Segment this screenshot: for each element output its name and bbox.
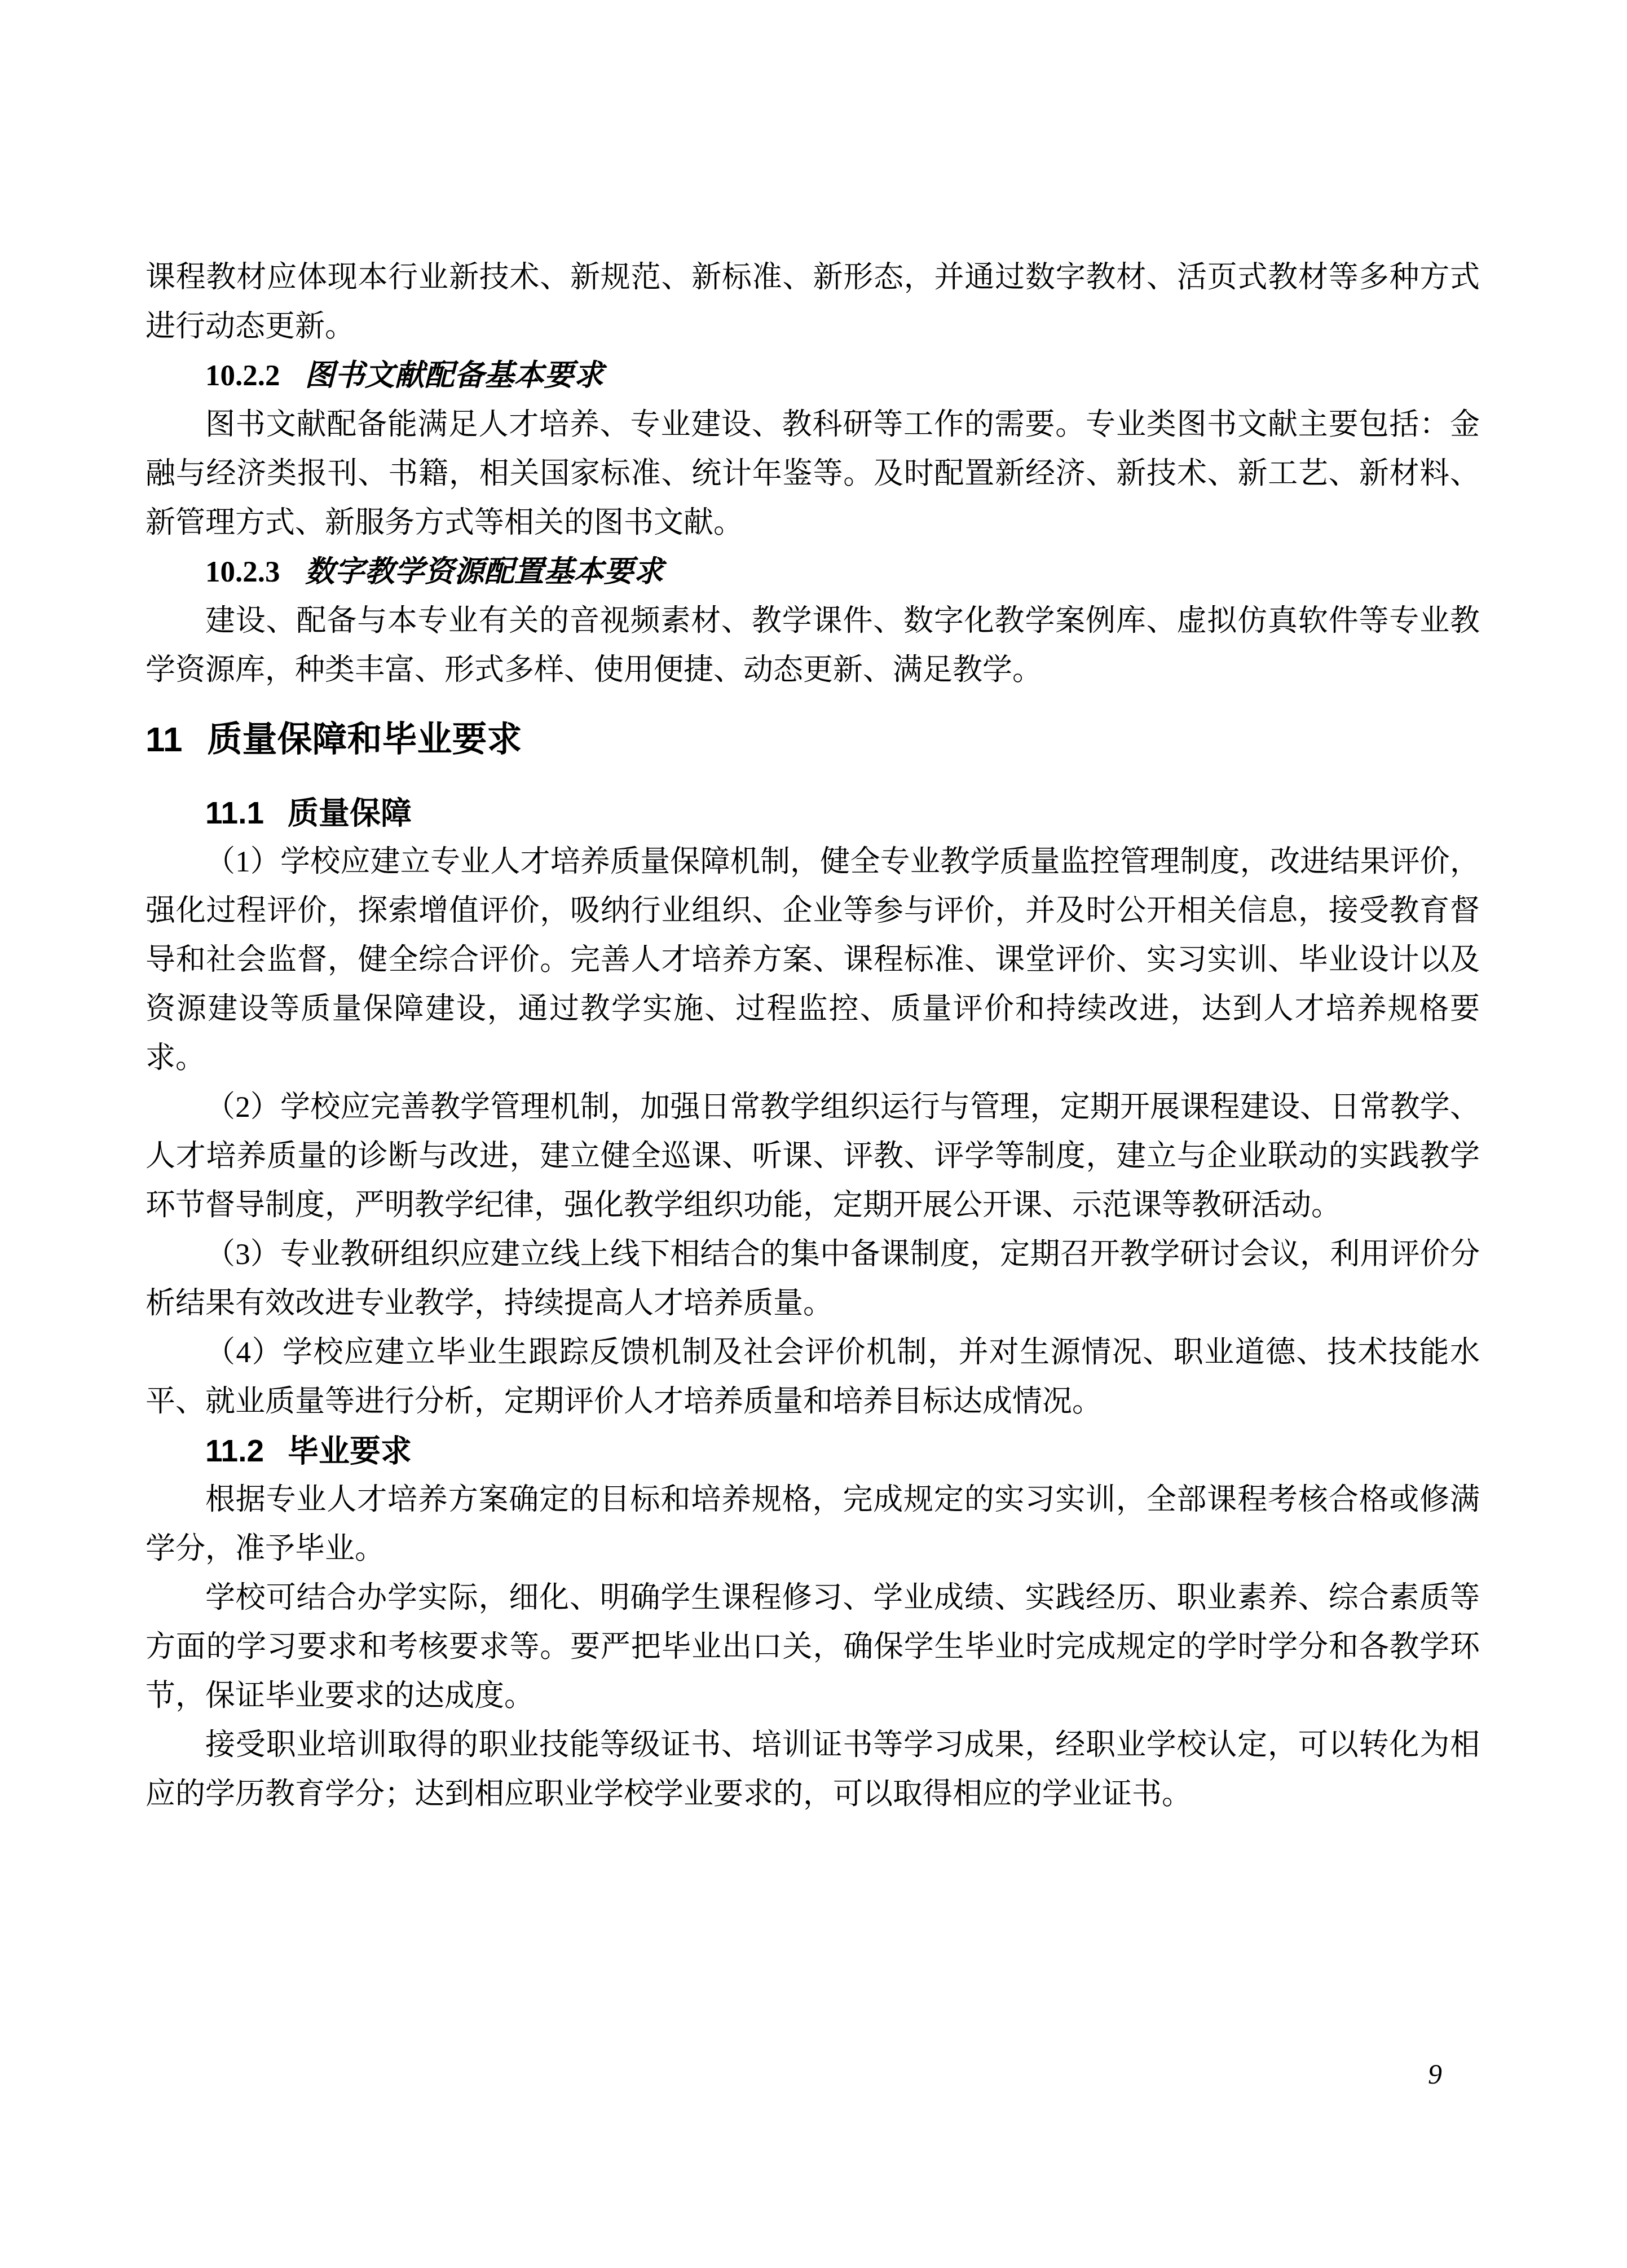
page-number: 9 [1428,2058,1442,2090]
heading-number: 10.2.2 [205,359,280,392]
paragraph-digital-resources: 建设、配备与本专业有关的音视频素材、教学课件、数字化教学案例库、虚拟仿真软件等专… [145,597,1480,695]
heading-number: 10.2.3 [205,556,280,588]
heading-11: 11质量保障和毕业要求 [145,722,1480,758]
paragraph-quality-item-1: （1）学校应建立专业人才培养质量保障机制，健全专业教学质量监控管理制度，改进结果… [145,838,1480,1083]
page-body: 课程教材应体现本行业新技术、新规范、新标准、新形态，并通过数字教材、活页式教材等… [145,253,1480,1819]
paragraph-quality-item-2: （2）学校应完善教学管理机制，加强日常教学组织运行与管理，定期开展课程建设、日常… [145,1083,1480,1230]
heading-11-1: 11.1质量保障 [145,789,1480,838]
heading-title: 毕业要求 [288,1433,412,1468]
heading-title: 数字教学资源配置基本要求 [305,556,664,588]
paragraph-graduation-1: 根据专业人才培养方案确定的目标和培养规格，完成规定的实习实训，全部课程考核合格或… [145,1476,1480,1574]
paragraph-graduation-3: 接受职业培训取得的职业技能等级证书、培训证书等学习成果，经职业学校认定，可以转化… [145,1721,1480,1819]
paragraph-quality-item-3: （3）专业教研组织应建立线上线下相结合的集中备课制度，定期召开教学研讨会议，利用… [145,1230,1480,1328]
paragraph-textbook-update: 课程教材应体现本行业新技术、新规范、新标准、新形态，并通过数字教材、活页式教材等… [145,253,1480,351]
heading-number: 11.2 [205,1433,264,1468]
document-page: 课程教材应体现本行业新技术、新规范、新标准、新形态，并通过数字教材、活页式教材等… [0,0,1627,2268]
heading-10-2-3: 10.2.3数字教学资源配置基本要求 [145,548,1480,597]
paragraph-graduation-2: 学校可结合办学实际，细化、明确学生课程修习、学业成绩、实践经历、职业素养、综合素… [145,1574,1480,1721]
heading-10-2-2: 10.2.2图书文献配备基本要求 [145,351,1480,400]
paragraph-quality-item-4: （4）学校应建立毕业生跟踪反馈机制及社会评价机制，并对生源情况、职业道德、技术技… [145,1328,1480,1426]
heading-title: 图书文献配备基本要求 [305,359,604,392]
heading-title: 质量保障和毕业要求 [208,720,522,759]
heading-number: 11 [145,720,183,759]
paragraph-library-documents: 图书文献配备能满足人才培养、专业建设、教科研等工作的需要。专业类图书文献主要包括… [145,400,1480,548]
heading-title: 质量保障 [288,795,412,830]
heading-number: 11.1 [205,795,264,830]
heading-11-2: 11.2毕业要求 [145,1426,1480,1476]
